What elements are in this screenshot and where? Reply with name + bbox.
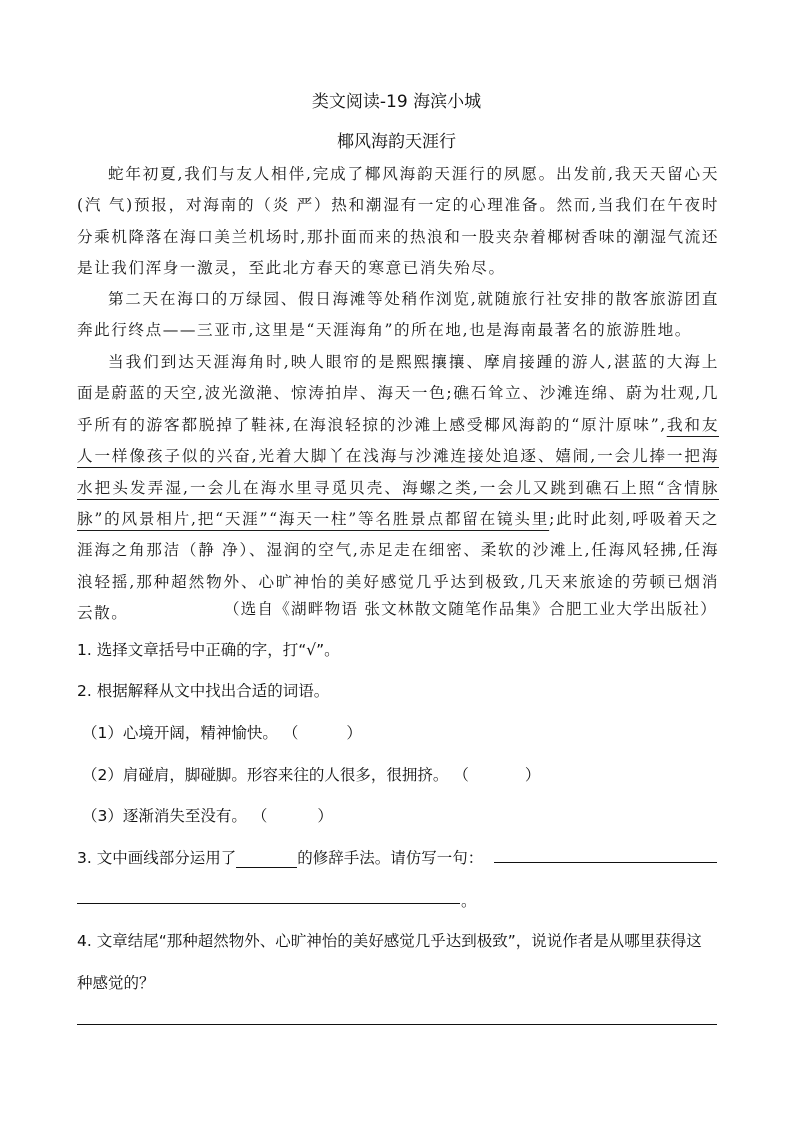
- answer-paren[interactable]: （）: [283, 724, 362, 742]
- answer-paren[interactable]: （）: [453, 766, 540, 784]
- worksheet-title: 类文阅读-19 海滨小城: [0, 87, 793, 112]
- question-2: 2. 根据解释从文中找出合适的词语。: [77, 679, 329, 701]
- imitation-answer-line-2[interactable]: [77, 903, 460, 904]
- question-2-item-1: （1）心境开阔，精神愉快。 （）: [82, 721, 362, 743]
- question-3: 3. 文中画线部分运用了的修辞手法。请仿写一句：: [77, 846, 483, 868]
- item-label: （1）心境开阔，精神愉快。: [82, 724, 278, 742]
- question-4-continued: 种感觉的？: [77, 971, 155, 993]
- question-3-text-a: 3. 文中画线部分运用了: [77, 849, 236, 867]
- passage-title: 椰风海韵天涯行: [0, 127, 793, 152]
- passage-paragraph-1: 蛇年初夏,我们与友人相伴,完成了椰风海韵天涯行的夙愿。出发前,我天天留心天(汽 …: [77, 159, 719, 285]
- question-3-text-b: 的修辞手法。请仿写一句：: [297, 849, 483, 867]
- paragraph-text: 蛇年初夏,我们与友人相伴,完成了椰风海韵天涯行的夙愿。出发前,我天天留心天(汽 …: [77, 159, 719, 285]
- passage-paragraph-2: 第二天在海口的万绿园、假日海滩等处稍作浏览,就随旅行社安排的散客旅游团直奔此行终…: [77, 284, 719, 347]
- question-4: 4. 文章结尾“那种超然物外、心旷神怡的美好感觉几乎达到极致”，说说作者是从哪里…: [77, 929, 702, 951]
- item-label: （2）肩碰肩，脚碰脚。形容来往的人很多，很拥挤。: [82, 766, 448, 784]
- question-4-answer-line[interactable]: [77, 1024, 717, 1025]
- imitation-answer-line-1[interactable]: [494, 862, 717, 863]
- passage-paragraph-3: 当我们到达天涯海角时,映人眼帘的是熙熙攘攘、摩肩接踵的游人,湛蓝的大海上面是蔚蓝…: [77, 347, 719, 630]
- sentence-end-mark: 。: [461, 889, 477, 911]
- answer-paren[interactable]: （）: [252, 807, 333, 825]
- paragraph-text-before: 当我们到达天涯海角时,映人眼帘的是熙熙攘攘、摩肩接踵的游人,湛蓝的大海上面是蔚蓝…: [77, 353, 719, 434]
- paragraph-text: 第二天在海口的万绿园、假日海滩等处稍作浏览,就随旅行社安排的散客旅游团直奔此行终…: [77, 284, 719, 347]
- question-1: 1. 选择文章括号中正确的字，打“√”。: [77, 638, 340, 660]
- source-citation: （选自《湖畔物语 张文林散文随笔作品集》合肥工业大学出版社）: [224, 597, 717, 619]
- paragraph-text: 当我们到达天涯海角时,映人眼帘的是熙熙攘攘、摩肩接踵的游人,湛蓝的大海上面是蔚蓝…: [77, 347, 719, 630]
- item-label: （3）逐渐消失至没有。: [82, 807, 247, 825]
- question-2-item-2: （2）肩碰肩，脚碰脚。形容来往的人很多，很拥挤。 （）: [82, 763, 540, 785]
- rhetoric-answer-blank[interactable]: [236, 851, 297, 868]
- question-2-item-3: （3）逐渐消失至没有。 （）: [82, 804, 333, 826]
